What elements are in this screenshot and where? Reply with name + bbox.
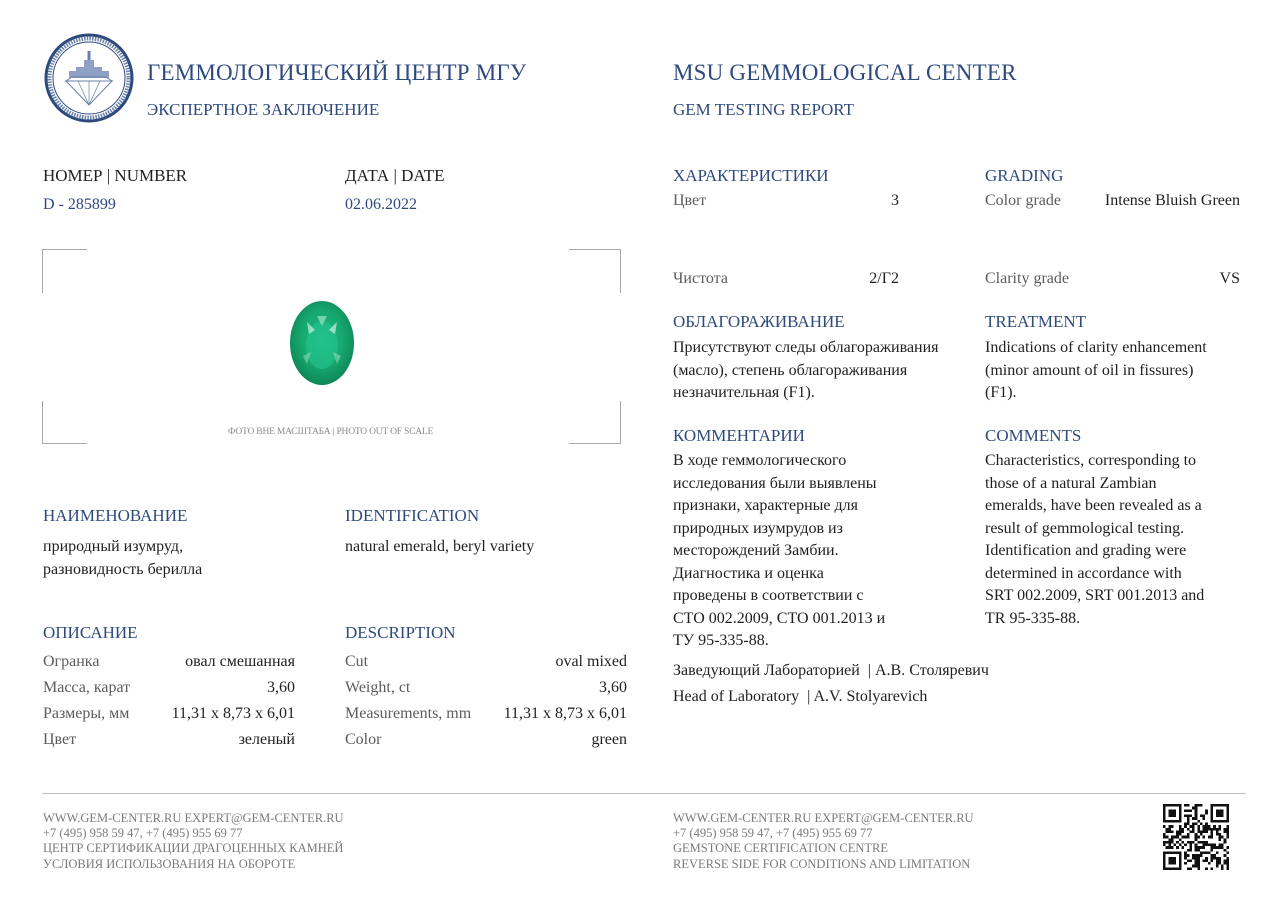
text-line: (minor amount of oil in fissures) [985,360,1207,383]
description-row: Cutoval mixed [345,652,627,678]
text-line: признаки, характерные для [673,495,885,518]
text-line: TR 95-335-88. [985,608,1204,631]
signature-ru: Заведующий Лабораторией | А.В. Столяреви… [673,660,989,683]
description-row-value: 11,31 x 8,73 x 6,01 [172,704,295,730]
description-row: Colorgreen [345,730,627,756]
grading-heading-ru: ХАРАКТЕРИСТИКИ [673,166,829,186]
color-grade-value-en: Intense Bluish Green [1080,192,1240,210]
color-grade-label-en: Color grade [985,192,1061,210]
treatment-heading-en: TREATMENT [985,312,1086,332]
text-line: проведены в соответствии с [673,585,885,608]
text-line: WWW.GEM-CENTER.RU EXPERT@GEM-CENTER.RU [673,811,974,826]
description-row-value: oval mixed [555,652,627,678]
text-line: месторождений Замбии. [673,540,885,563]
text-line: emeralds, have been revealed as a [985,495,1204,518]
text-line: природных изумрудов из [673,518,885,541]
text-line: Присутствуют следы облагораживания [673,337,939,360]
text-line: ЦЕНТР СЕРТИФИКАЦИИ ДРАГОЦЕННЫХ КАМНЕЙ [43,841,344,856]
comments-text-ru: В ходе геммологическогоисследования были… [673,450,885,653]
text-line: +7 (495) 958 59 47, +7 (495) 955 69 77 [43,826,344,841]
report-date-value: 02.06.2022 [345,196,417,214]
footer-contacts-en: WWW.GEM-CENTER.RU EXPERT@GEM-CENTER.RU+7… [673,811,974,872]
report-number-label: НОМЕР | NUMBER [43,166,187,186]
description-heading-ru: ОПИСАНИЕ [43,623,138,643]
clarity-grade-label-en: Clarity grade [985,270,1069,288]
description-row: Measurements, mm11,31 x 8,73 x 6,01 [345,704,627,730]
text-line: УСЛОВИЯ ИСПОЛЬЗОВАНИЯ НА ОБОРОТЕ [43,857,344,872]
color-grade-value-ru: 3 [800,192,899,210]
description-row: Weight, ct3,60 [345,678,627,704]
treatment-heading-ru: ОБЛАГОРАЖИВАНИЕ [673,312,845,332]
text-line: WWW.GEM-CENTER.RU EXPERT@GEM-CENTER.RU [43,811,344,826]
clarity-grade-label-ru: Чистота [673,270,728,288]
text-line: исследования были выявлены [673,473,885,496]
treatment-text-en: Indications of clarity enhancement(minor… [985,337,1207,405]
photo-caption: ФОТО ВНЕ МАСШТАБА | PHOTO OUT OF SCALE [42,427,619,437]
identification-text-en: natural emerald, beryl variety [345,536,534,559]
oval-emerald-icon [289,300,355,386]
report-type-ru: ЭКСПЕРТНОЕ ЗАКЛЮЧЕНИЕ [147,100,379,120]
description-row: Масса, карат3,60 [43,678,295,704]
description-row-label: Cut [345,652,368,678]
text-line: незначительная (F1). [673,382,939,405]
description-row-value: 3,60 [267,678,295,704]
description-row-label: Огранка [43,652,99,678]
report-date-label: ДАТА | DATE [345,166,445,186]
grading-heading-en: GRADING [985,166,1063,186]
description-row-label: Цвет [43,730,76,756]
report-number-value: D - 285899 [43,196,116,214]
text-line: (масло), степень облагораживания [673,360,939,383]
text-line: Identification and grading were [985,540,1204,563]
description-row-value: 3,60 [599,678,627,704]
text-line: determined in accordance with [985,563,1204,586]
description-row-value: зеленый [239,730,295,756]
description-table-ru: Огранкаовал смешаннаяМасса, карат3,60Раз… [43,652,295,756]
lab-title-en: MSU GEMMOLOGICAL CENTER [673,60,1017,86]
identification-text-ru: природный изумруд, разновидность берилла [43,536,202,581]
text-line: SRT 002.2009, SRT 001.2013 and [985,585,1204,608]
text-line: +7 (495) 958 59 47, +7 (495) 955 69 77 [673,826,974,841]
description-row: Размеры, мм11,31 x 8,73 x 6,01 [43,704,295,730]
text-line: В ходе геммологического [673,450,885,473]
description-row-label: Размеры, мм [43,704,129,730]
description-row-value: green [591,730,627,756]
comments-heading-en: COMMENTS [985,426,1081,446]
description-row-value: 11,31 x 8,73 x 6,01 [504,704,627,730]
text-line: GEMSTONE CERTIFICATION CENTRE [673,841,974,856]
description-row-label: Масса, карат [43,678,130,704]
text-line: those of a natural Zambian [985,473,1204,496]
msu-gem-center-seal-icon [44,33,134,123]
text-line: СТО 002.2009, СТО 001.2013 и [673,608,885,631]
qr-code-icon[interactable] [1163,804,1229,870]
clarity-grade-value-en: VS [1140,270,1240,288]
color-grade-label-ru: Цвет [673,192,706,210]
comments-heading-ru: КОММЕНТАРИИ [673,426,805,446]
description-table-en: Cutoval mixedWeight, ct3,60Measurements,… [345,652,627,756]
text-line: Characteristics, corresponding to [985,450,1204,473]
comments-text-en: Characteristics, corresponding tothose o… [985,450,1204,630]
text-line: result of gemmological testing. [985,518,1204,541]
footer-contacts-ru: WWW.GEM-CENTER.RU EXPERT@GEM-CENTER.RU+7… [43,811,344,872]
text-line: ТУ 95-335-88. [673,630,885,653]
treatment-text-ru: Присутствуют следы облагораживания(масло… [673,337,939,405]
text-line: (F1). [985,382,1207,405]
description-row: Цветзеленый [43,730,295,756]
description-row-label: Weight, ct [345,678,410,704]
text-line: Indications of clarity enhancement [985,337,1207,360]
lab-title-ru: ГЕММОЛОГИЧЕСКИЙ ЦЕНТР МГУ [147,60,526,86]
text-line: REVERSE SIDE FOR CONDITIONS AND LIMITATI… [673,857,974,872]
report-type-en: GEM TESTING REPORT [673,100,854,120]
footer-divider [42,793,1246,794]
clarity-grade-value-ru: 2/Г2 [800,270,899,288]
description-row-value: овал смешанная [185,652,295,678]
identification-heading-ru: НАИМЕНОВАНИЕ [43,506,187,526]
text-line: Диагностика и оценка [673,563,885,586]
signature-en: Head of Laboratory | A.V. Stolyarevich [673,686,927,709]
description-row-label: Measurements, mm [345,704,471,730]
description-row: Огранкаовал смешанная [43,652,295,678]
description-row-label: Color [345,730,381,756]
description-heading-en: DESCRIPTION [345,623,456,643]
identification-heading-en: IDENTIFICATION [345,506,479,526]
